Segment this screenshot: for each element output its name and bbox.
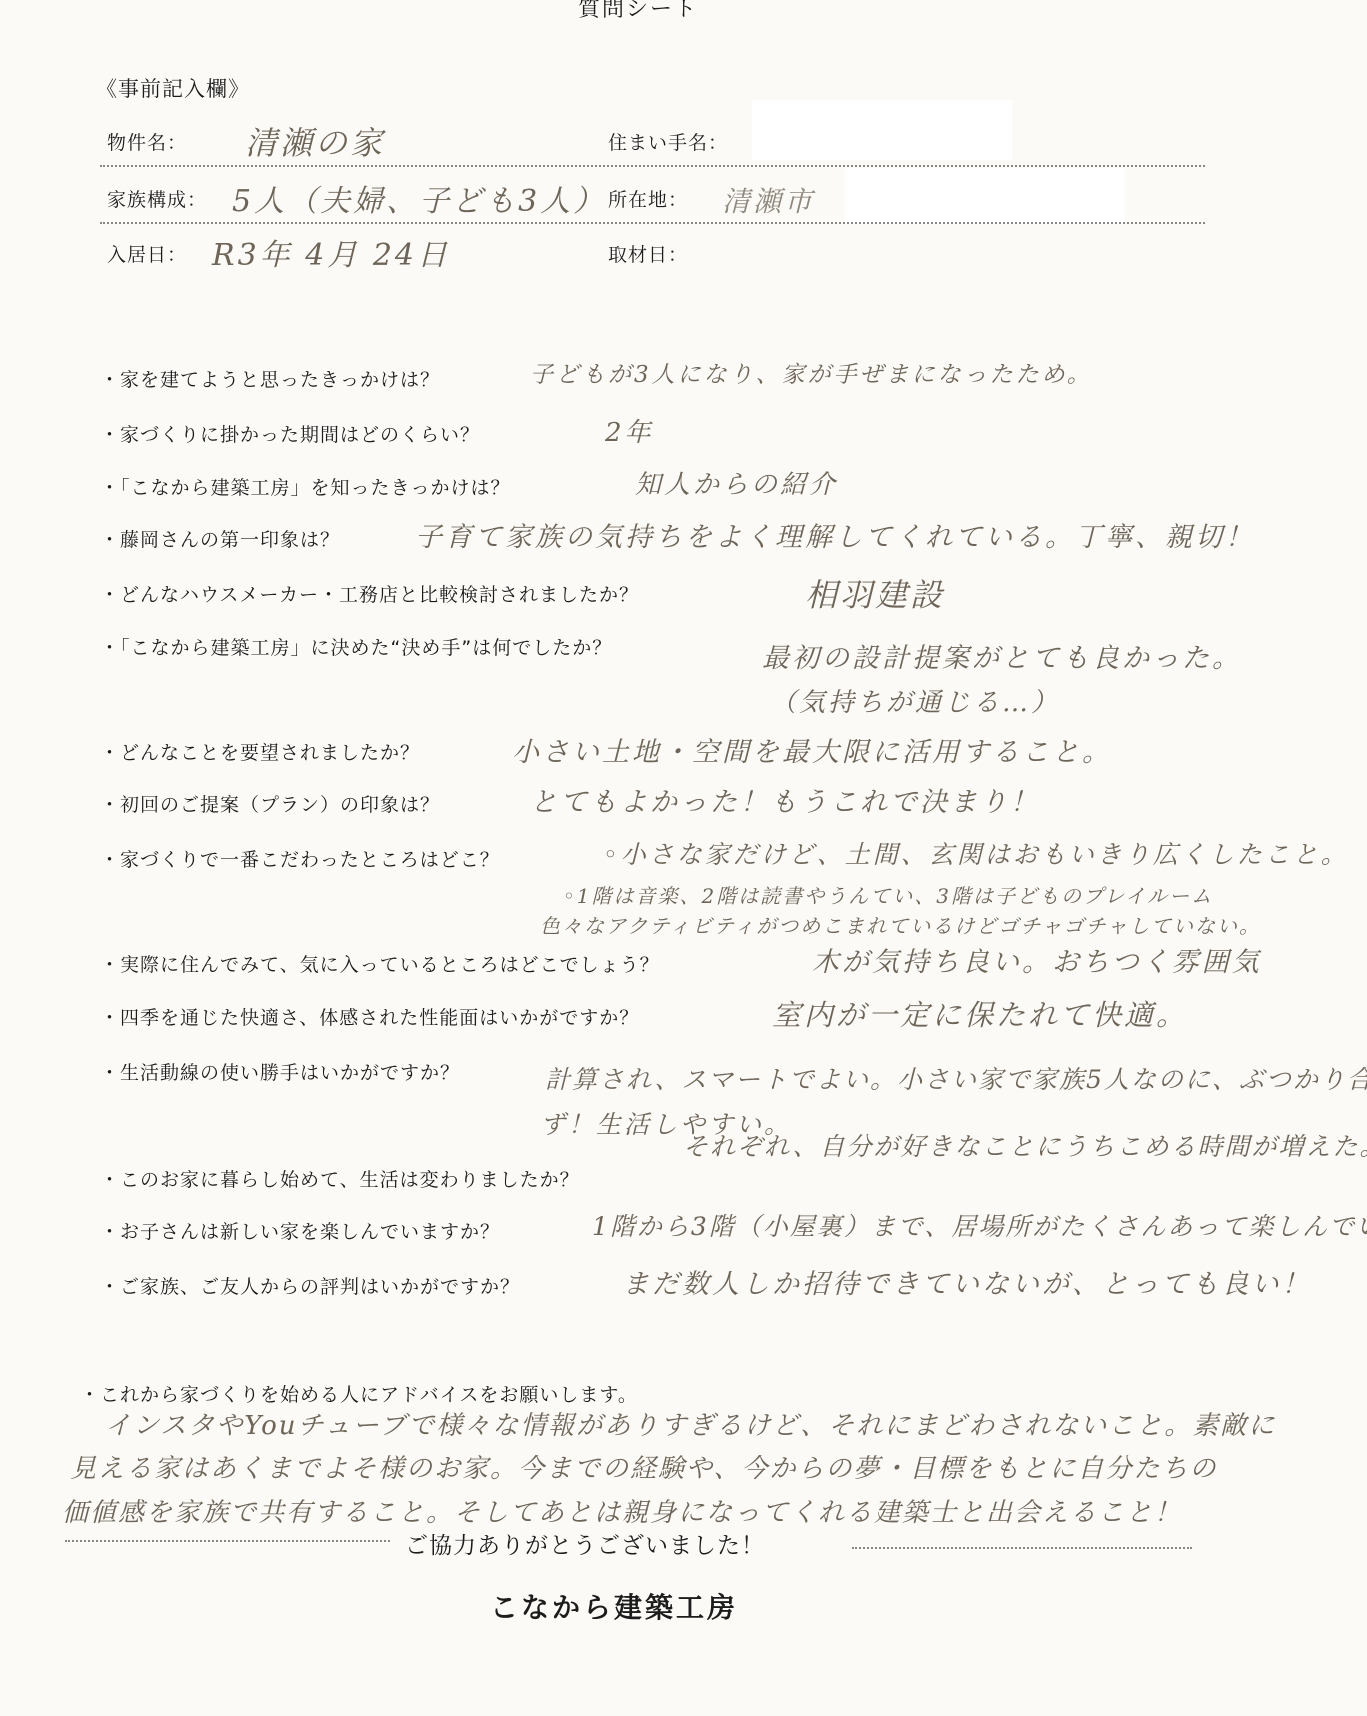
thanks-message: ご協力ありがとうございました！ xyxy=(405,1527,765,1560)
question-3: ・「こなから建築工房」を知ったきっかけは？ xyxy=(100,473,511,500)
answer-9-line-3: 色々なアクティビティがつめこまれているけどゴチャゴチャしていない。 xyxy=(540,910,1261,939)
answer-6-line-2: （気持ちが通じる…） xyxy=(770,682,1060,719)
answer-5: 相羽建設 xyxy=(805,570,945,616)
advice-answer-line-3: 価値感を家族で共有すること。そしてあとは親身になってくれる建築士と出会えること！ xyxy=(62,1492,1182,1529)
question-4: ・藤岡さんの第一印象は？ xyxy=(100,525,340,552)
redacted-location-detail xyxy=(845,168,1125,224)
footer-divider-right xyxy=(852,1547,1192,1549)
family-label: 家族構成： xyxy=(107,185,207,212)
question-13: ・このお家に暮らし始めて、生活は変わりましたか？ xyxy=(100,1165,580,1192)
divider-row-2 xyxy=(100,222,1205,224)
answer-6-line-1: 最初の設計提案がとても良かった。 xyxy=(762,636,1242,675)
move-in-value: R3年 4月 24日 xyxy=(212,230,450,274)
interview-label: 取材日： xyxy=(608,240,688,267)
family-value: 5人（夫婦、子ども3人） xyxy=(232,176,606,220)
resident-name-label: 住まい手名： xyxy=(608,128,728,155)
sheet-title: 質問シート xyxy=(578,0,698,23)
answer-7: 小さい土地・空間を最大限に活用すること。 xyxy=(512,730,1112,769)
answer-10: 木が気持ち良い。おちつく雰囲気 xyxy=(812,940,1262,979)
question-1: ・家を建てようと思ったきっかけは？ xyxy=(100,365,440,392)
answer-13: それぞれ、自分が好きなことにうちこめる時間が増えた。 xyxy=(683,1127,1367,1163)
question-10: ・実際に住んでみて、気に入っているところはどこでしょう？ xyxy=(100,950,660,977)
question-6: ・「こなから建築工房」に決めた“決め手”は何でしたか？ xyxy=(100,633,612,660)
advice-answer-line-1: インスタやYouチューブで様々な情報がありすぎるけど、それにまどわされないこと。… xyxy=(105,1405,1276,1442)
question-7: ・どんなことを要望されましたか？ xyxy=(100,738,420,765)
advice-answer-line-2: 見える家はあくまでよそ様のお家。今までの経験や、今からの夢・目標をもとに自分たち… xyxy=(70,1448,1217,1485)
answer-14: 1階から3階（小屋裏）まで、居場所がたくさんあって楽しんでいる。 xyxy=(592,1207,1367,1243)
question-8: ・初回のご提案（プラン）の印象は？ xyxy=(100,790,440,817)
move-in-label: 入居日： xyxy=(107,240,187,267)
answer-8: とてもよかった！もうこれで決まり！ xyxy=(530,780,1040,819)
answer-11: 室内が一定に保たれて快適。 xyxy=(772,993,1188,1034)
answer-9-line-1: ◦小さな家だけど、土間、玄関はおもいきり広くしたこと。 xyxy=(603,835,1349,871)
redacted-resident-name xyxy=(752,100,1012,160)
question-11: ・四季を通じた快適さ、体感された性能面はいかがですか？ xyxy=(100,1003,639,1030)
divider-row-1 xyxy=(100,165,1205,167)
question-14: ・お子さんは新しい家を楽しんでいますか？ xyxy=(100,1217,500,1244)
answer-15: まだ数人しか招待できていないが、とっても良い！ xyxy=(622,1262,1311,1301)
company-name: こなから建築工房 xyxy=(490,1586,738,1626)
property-name-value: 清瀬の家 xyxy=(245,118,385,164)
property-name-label: 物件名： xyxy=(107,128,187,155)
footer-divider-left xyxy=(65,1540,390,1542)
answer-1: 子どもが3人になり、家が手ぜまになったため。 xyxy=(530,356,1093,389)
answer-2: 2年 xyxy=(605,412,654,449)
question-9: ・家づくりで一番こだわったところはどこ？ xyxy=(100,845,500,872)
answer-9-line-2: ◦1階は音楽、2階は読書やうんてい、3階は子どものプレイルーム xyxy=(563,880,1213,909)
question-15: ・ご家族、ご友人からの評判はいかがですか？ xyxy=(100,1272,520,1299)
section-label: 《事前記入欄》 xyxy=(96,73,250,103)
question-2: ・家づくりに掛かった期間はどのくらい？ xyxy=(100,420,480,447)
question-12: ・生活動線の使い勝手はいかがですか？ xyxy=(100,1058,460,1085)
answer-4: 子育て家族の気持ちをよく理解してくれている。丁寧、親切！ xyxy=(415,515,1255,554)
answer-3: 知人からの紹介 xyxy=(635,464,838,501)
advice-question: ・これから家づくりを始める人にアドバイスをお願いします。 xyxy=(80,1380,638,1407)
answer-12-line-1: 計算され、スマートでよい。小さい家で家族5人なのに、ぶつかり合わ xyxy=(545,1060,1367,1096)
question-5: ・どんなハウスメーカー・工務店と比較検討されましたか？ xyxy=(100,580,639,607)
location-value: 清瀬市 xyxy=(722,180,815,220)
location-label: 所在地： xyxy=(608,185,688,212)
